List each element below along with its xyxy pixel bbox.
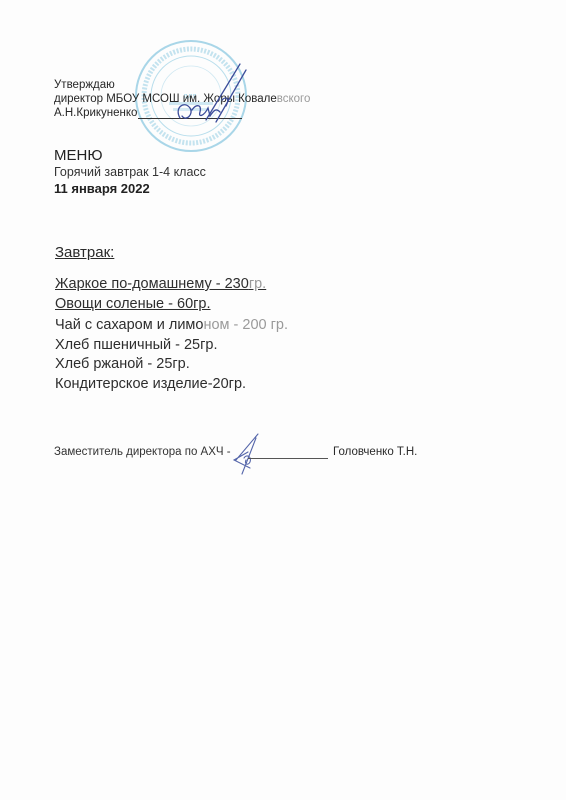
document-date: 11 января 2022 [54, 181, 150, 196]
menu-item-text: Жаркое по-домашнему - 230 [55, 276, 249, 292]
meal-section-title: Завтрак: [55, 244, 114, 261]
menu-item: Хлеб ржаной - 25гр. [55, 356, 190, 372]
deputy-name: Головченко Т.Н. [333, 446, 417, 458]
approval-position-faded: вского [277, 93, 311, 105]
menu-item: Чай с сахаром и лимоном - 200 гр. [55, 317, 288, 333]
menu-item: Жаркое по-домашнему - 230гр. [55, 276, 266, 292]
document-title: МЕНЮ [54, 147, 103, 164]
approval-label: Утверждаю [54, 79, 115, 91]
menu-item-faded: ном - 200 гр. [203, 317, 288, 333]
deputy-signature-line [248, 458, 328, 459]
menu-item: Овощи соленые - 60гр. [55, 296, 211, 312]
menu-item-text: Овощи соленые - 60гр. [55, 296, 211, 312]
menu-item-faded: гр. [249, 276, 266, 292]
menu-item: Кондитерское изделие-20гр. [55, 376, 246, 392]
document-subtitle: Горячий завтрак 1-4 класс [54, 165, 206, 179]
deputy-position: Заместитель директора по АХЧ - [54, 446, 231, 458]
menu-item-text: Чай с сахаром и лимо [55, 317, 203, 333]
deputy-signature-icon [228, 430, 268, 480]
menu-item-text: Кондитерское изделие-20гр. [55, 376, 246, 392]
director-signature-icon [170, 60, 250, 130]
menu-item-text: Хлеб пшеничный - 25гр. [55, 337, 218, 353]
menu-item: Хлеб пшеничный - 25гр. [55, 337, 218, 353]
menu-item-text: Хлеб ржаной - 25гр. [55, 356, 190, 372]
signatory-name: А.Н.Крикуненко [54, 107, 137, 119]
